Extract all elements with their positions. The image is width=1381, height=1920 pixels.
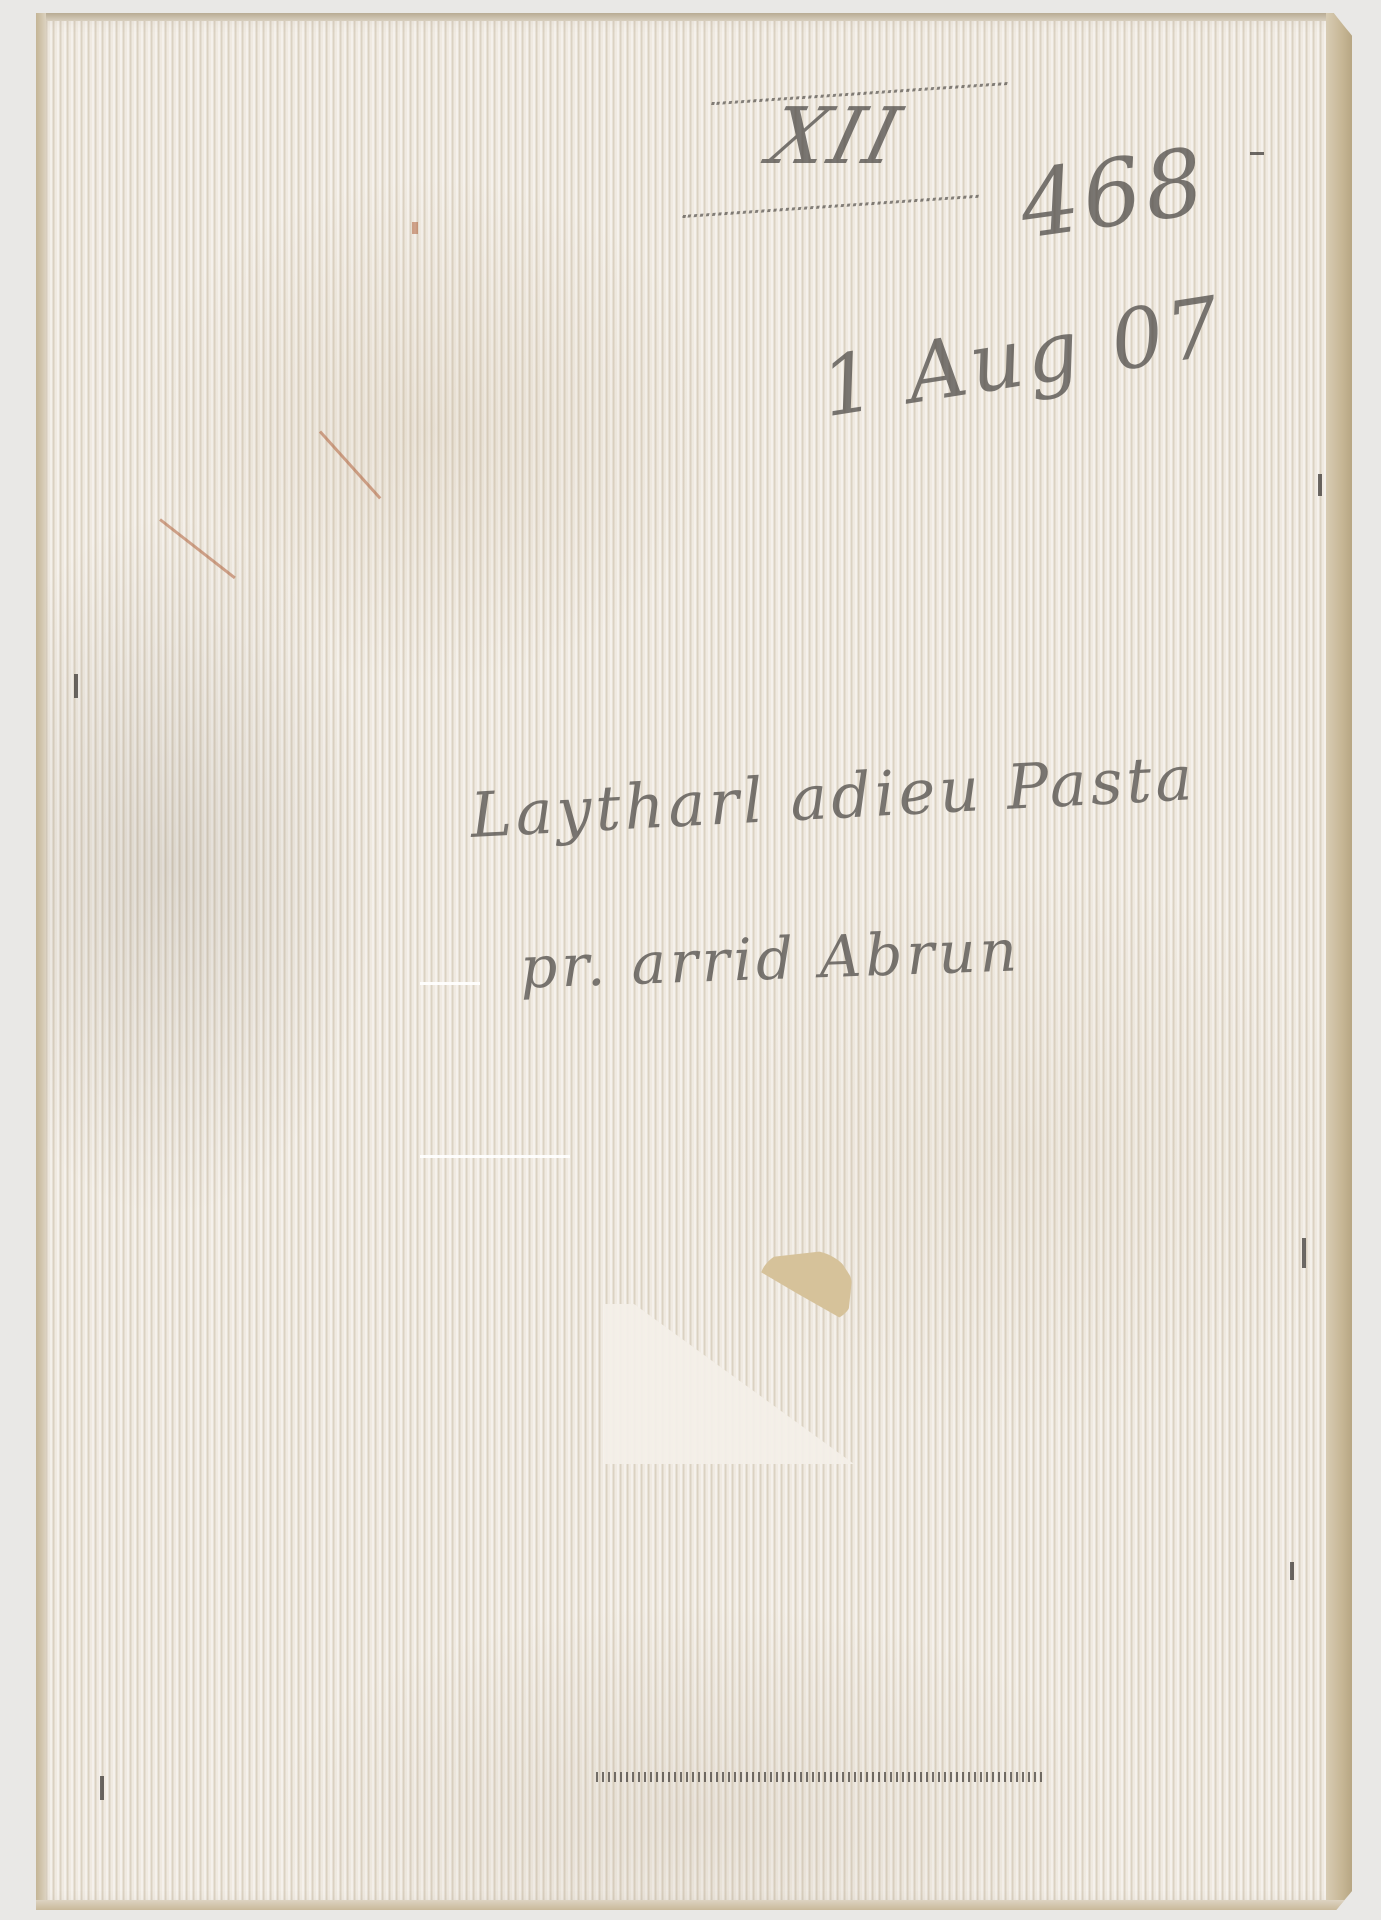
- panel-left-edge: [36, 13, 46, 1910]
- edge-tick-mark: [1290, 1562, 1294, 1580]
- panel-top-edge: [36, 13, 1352, 21]
- surface-scratch: [420, 982, 480, 985]
- surface-scratch: [420, 1155, 570, 1158]
- edge-tick-mark: [100, 1776, 104, 1800]
- panel-bottom-edge: [36, 1900, 1352, 1910]
- rust-spot: [412, 222, 418, 234]
- edge-tick-mark: [74, 674, 78, 698]
- edge-tick-mark: [1302, 1238, 1306, 1268]
- edge-tick-mark: [1250, 152, 1264, 155]
- panel-right-edge: [1326, 13, 1352, 1910]
- roman-numeral-inscription: XII: [761, 92, 913, 182]
- pencil-dotted-line: [596, 1772, 1046, 1782]
- edge-tick-mark: [1318, 474, 1322, 496]
